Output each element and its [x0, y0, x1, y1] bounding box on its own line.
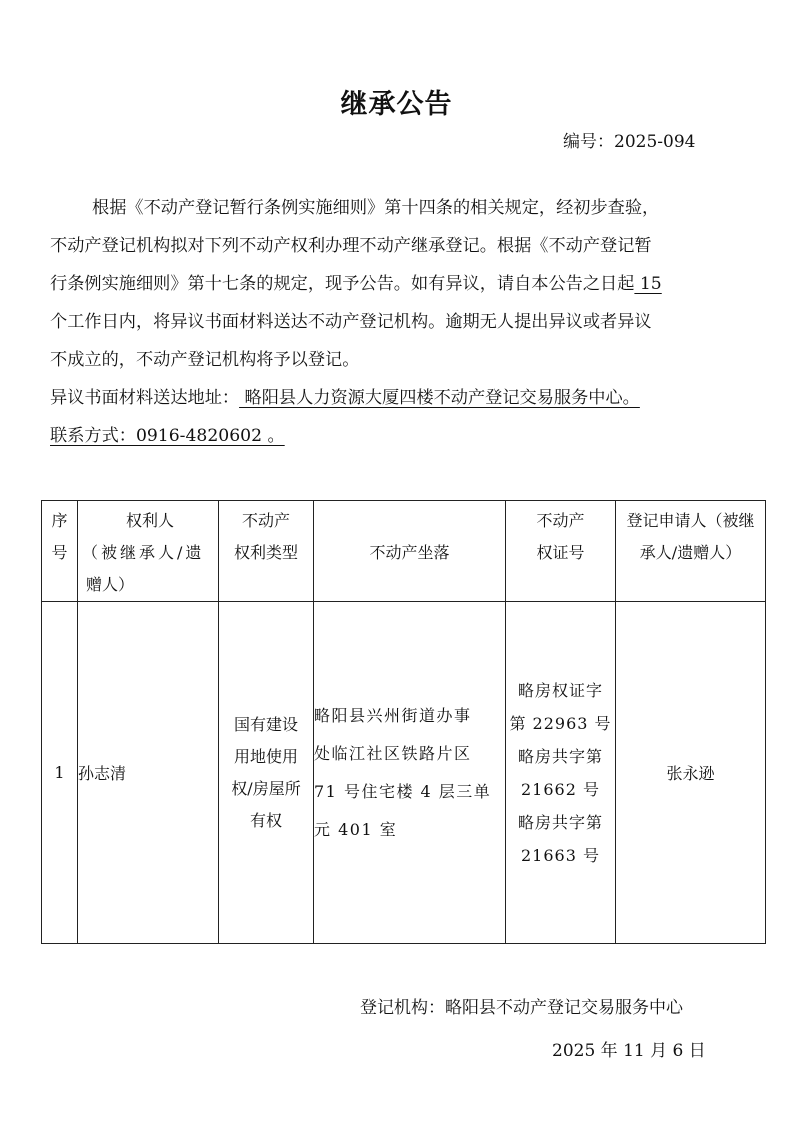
header-seq: 序 号 — [42, 501, 78, 602]
paragraph-line: 根据《不动产登记暂行条例实施细则》第十四条的相关规定，经初步查验， — [92, 190, 792, 228]
inheritance-table: 序 号 权利人 （被继承人/遗 赠人） 不动产 权利类型 不动产坐落 不动产 权… — [41, 500, 766, 944]
cell-applicant: 张永逊 — [616, 602, 766, 944]
cell-location: 略阳县兴州街道办事 处临江社区铁路片区 71 号住宅楼 4 层三单 元 401 … — [314, 602, 506, 944]
header-location: 不动产坐落 — [314, 501, 506, 602]
address-value: 略阳县人力资源大厦四楼不动产登记交易服务中心。 — [239, 388, 640, 408]
issue-date: 2025 年 11 月 6 日 — [552, 1036, 706, 1061]
contact-line: 联系方式：0916-4820602 。 — [50, 418, 750, 456]
cell-seq: 1 — [42, 602, 78, 944]
table-header-row: 序 号 权利人 （被继承人/遗 赠人） 不动产 权利类型 不动产坐落 不动产 权… — [42, 501, 766, 602]
header-applicant: 登记申请人（被继 承人/遗赠人） — [616, 501, 766, 602]
page-title: 继承公告 — [0, 82, 793, 121]
address-label: 异议书面材料送达地址： — [50, 388, 239, 408]
cell-owner: 孙志清 — [78, 602, 219, 944]
cell-cert-no: 略房权证字 第 22963 号 略房共字第 21662 号 略房共字第 2166… — [506, 602, 616, 944]
document-number: 编号：2025-094 — [563, 127, 695, 152]
paragraph-line: 不动产登记机构拟对下列不动产权利办理不动产继承登记。根据《不动产登记暂 — [50, 228, 750, 266]
paragraph-line: 不成立的，不动产登记机构将予以登记。 — [50, 342, 750, 380]
paragraph-text: 行条例实施细则》第十七条的规定，现予公告。如有异议，请自本公告之日起 — [50, 274, 634, 294]
header-owner: 权利人 （被继承人/遗 赠人） — [78, 501, 219, 602]
objection-days: 15 — [634, 274, 661, 294]
address-line: 异议书面材料送达地址： 略阳县人力资源大厦四楼不动产登记交易服务中心。 — [50, 380, 750, 418]
paragraph-line: 个工作日内，将异议书面材料送达不动产登记机构。逾期无人提出异议或者异议 — [50, 304, 750, 342]
table-row: 1 孙志清 国有建设 用地使用 权/房屋所 有权 略阳县兴州街道办事 处临江社区… — [42, 602, 766, 944]
paragraph-line: 行条例实施细则》第十七条的规定，现予公告。如有异议，请自本公告之日起 15 — [50, 266, 750, 304]
registration-authority: 登记机构：略阳县不动产登记交易服务中心 — [360, 993, 683, 1018]
cell-right-type: 国有建设 用地使用 权/房屋所 有权 — [219, 602, 314, 944]
header-right-type: 不动产 权利类型 — [219, 501, 314, 602]
header-cert-no: 不动产 权证号 — [506, 501, 616, 602]
